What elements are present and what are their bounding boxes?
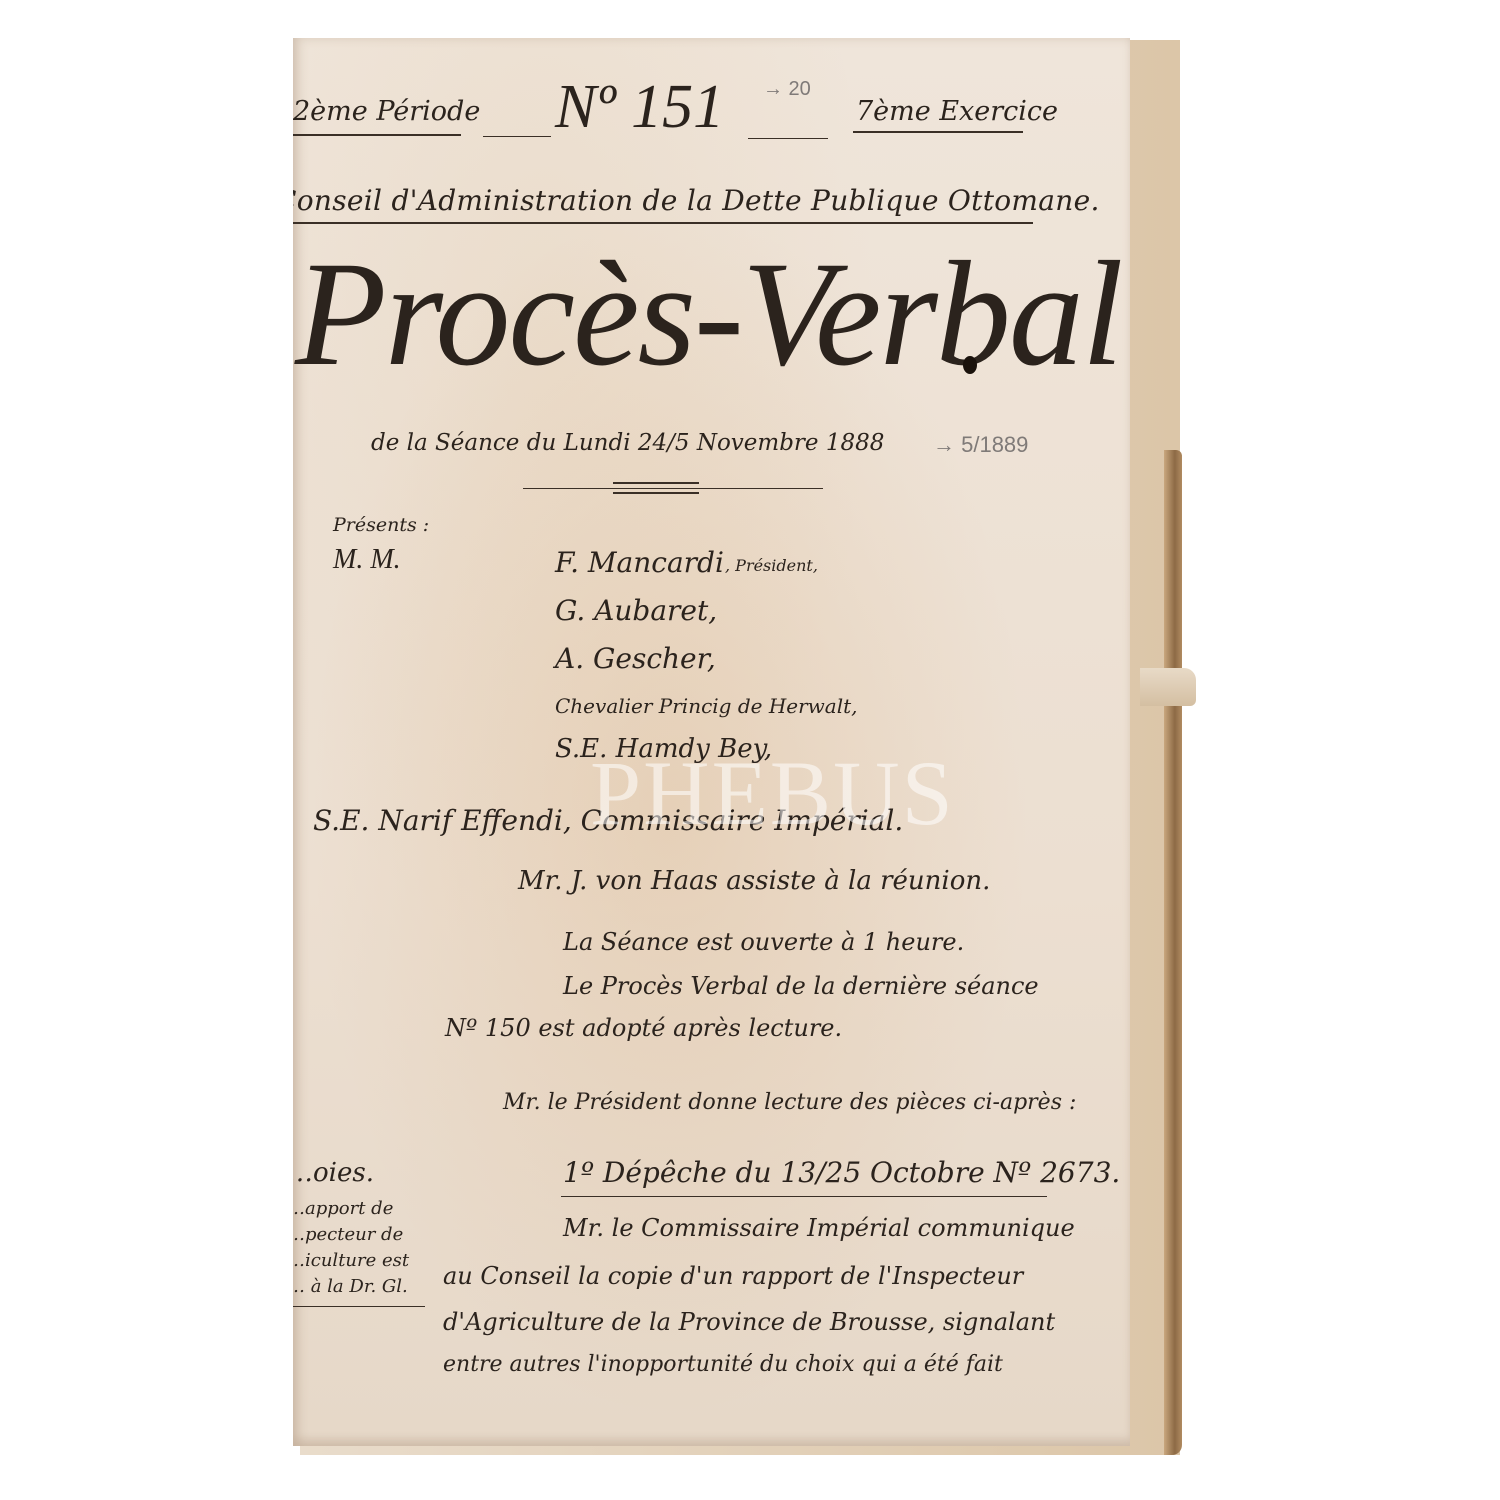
item-heading-underline	[561, 1196, 1047, 1197]
session-pencil-note: → 5/1889	[933, 432, 1028, 458]
member-name: F. Mancardi	[555, 546, 724, 579]
number-pencil-annotation: → 20	[763, 78, 811, 101]
period-underline	[293, 134, 461, 136]
document-title: Procès-Verbal	[295, 228, 1122, 400]
council-name: Conseil d'Administration de la Dette Pub…	[293, 184, 1100, 217]
exercise-underline	[853, 131, 1023, 133]
period-label: 2ème Période	[293, 96, 480, 127]
item-line: au Conseil la copie d'un rapport de l'In…	[443, 1262, 1023, 1290]
council-underline	[293, 222, 1033, 224]
session-date: de la Séance du Lundi 24/5 Novembre 1888	[371, 430, 884, 456]
member-name: G. Aubaret,	[555, 594, 717, 627]
page-tab-marker	[1140, 668, 1196, 706]
member-name: Chevalier Princig de Herwalt,	[555, 694, 858, 718]
margin-heading: …oies.	[293, 1158, 374, 1188]
item-line: Mr. le Commissaire Impérial communique	[563, 1214, 1075, 1242]
exercise-label: 7ème Exercice	[856, 96, 1058, 127]
item-line: entre autres l'inopportunité du choix qu…	[443, 1352, 1003, 1377]
item-line: d'Agriculture de la Province de Brousse,…	[443, 1308, 1055, 1336]
present-label: Présents :	[333, 514, 429, 536]
ink-blot	[963, 356, 977, 374]
margin-line: …pecteur de	[293, 1224, 403, 1245]
margin-underline	[293, 1306, 425, 1307]
margin-line: …apport de	[293, 1198, 393, 1219]
number-right-rule	[748, 138, 828, 139]
member-name: A. Gescher,	[555, 642, 716, 675]
minutes-number: Nº 151	[555, 72, 724, 143]
assistant-line: Mr. J. von Haas assiste à la réunion.	[518, 866, 990, 896]
member-role: , Président,	[725, 556, 818, 575]
minutes-line-1: Le Procès Verbal de la dernière séance	[563, 972, 1039, 1000]
opening-line: La Séance est ouverte à 1 heure.	[563, 928, 964, 956]
margin-line: …iculture est	[293, 1250, 409, 1271]
watermark: PHEBUS	[590, 740, 955, 846]
president-reads-line: Mr. le Président donne lecture des pièce…	[503, 1090, 1076, 1115]
margin-line: … à la Dr. Gl.	[293, 1276, 408, 1297]
minutes-line-2: Nº 150 est adopté après lecture.	[445, 1014, 842, 1042]
mm-label: M. M.	[333, 544, 401, 576]
number-left-rule	[483, 136, 551, 137]
item-heading: 1º Dépêche du 13/25 Octobre Nº 2673.	[563, 1156, 1120, 1189]
ornament-center	[613, 482, 699, 494]
